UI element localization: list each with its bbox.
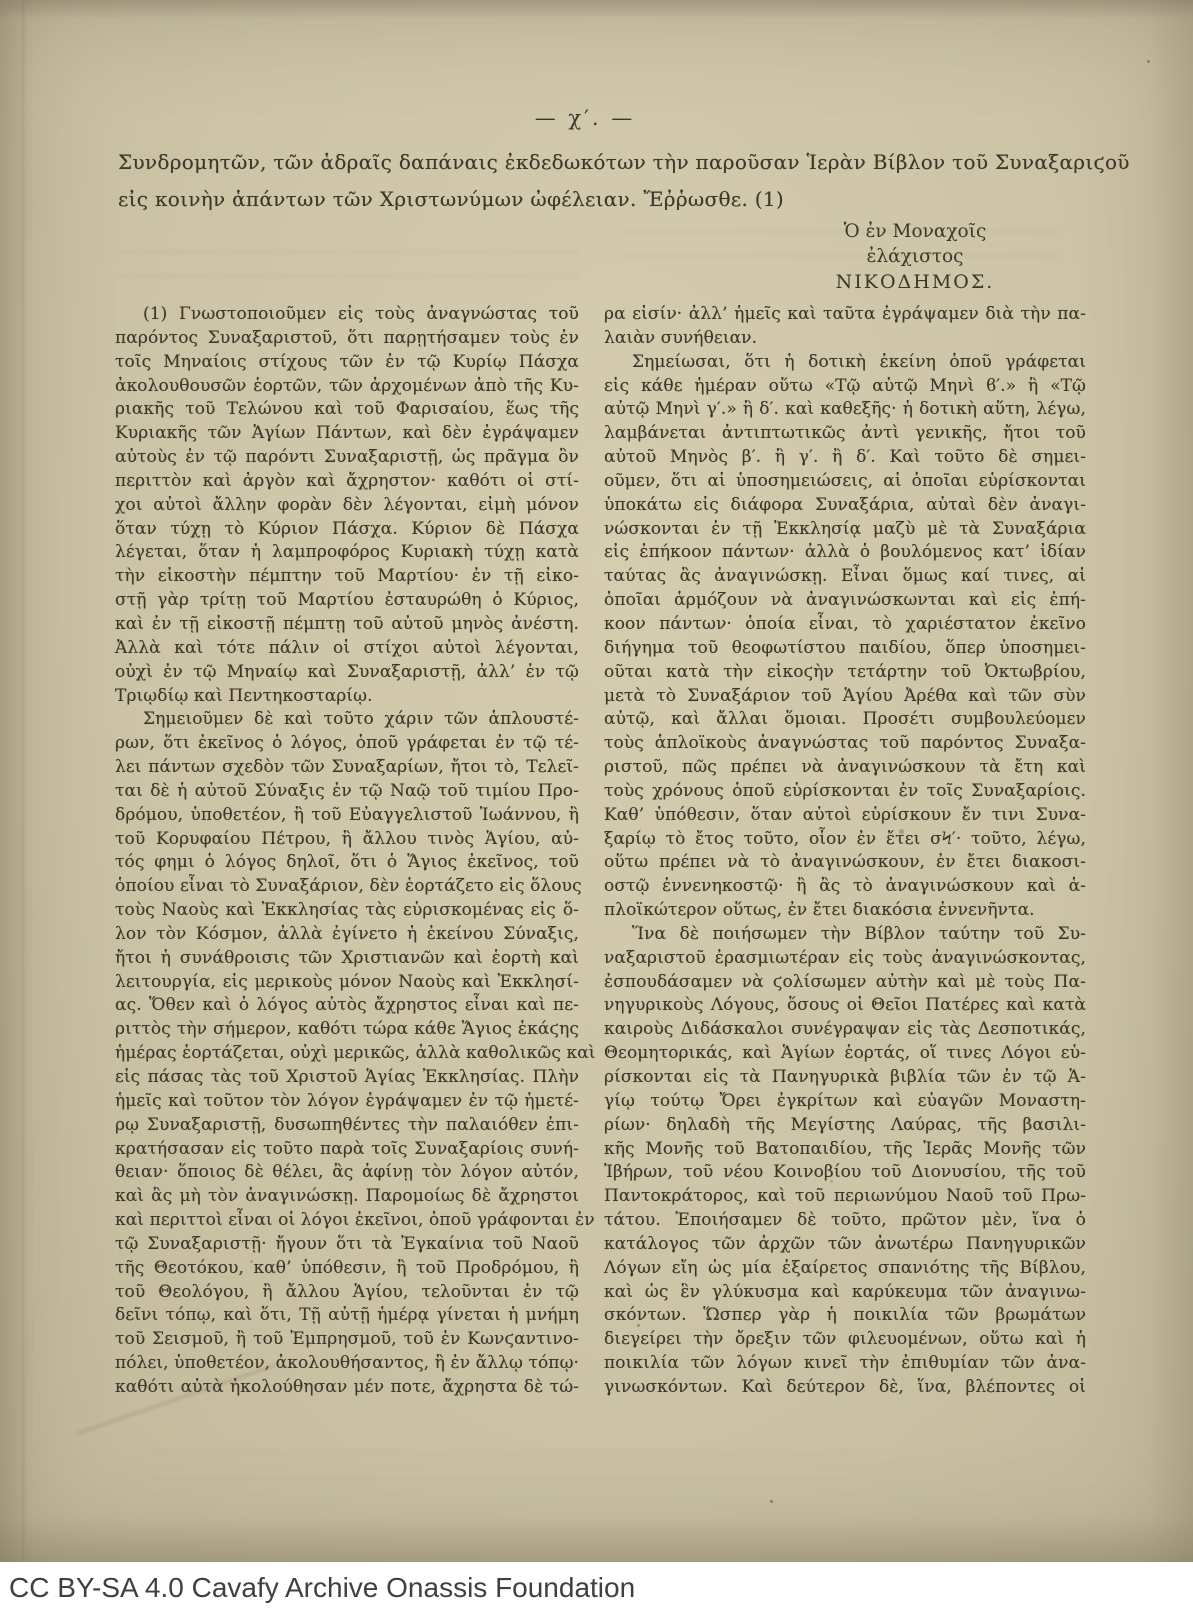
- license-bar: CC BY-SA 4.0 Cavafy Archive Onassis Foun…: [0, 1562, 1193, 1614]
- text-line: τοὺς Ναοὺς καὶ Ἐκκλησίας τὰς εὑρισκομένα…: [115, 899, 579, 923]
- text-line: χοι αὐτοὶ ἄλλην φορὰν δὲν λέγονται, εἰμὴ…: [115, 494, 579, 518]
- text-line: εἰς κάθε ἡμέραν οὕτω «Τῷ αὐτῷ Μηνὶ ϐ′.» …: [604, 375, 1086, 399]
- text-line: Παντοκράτορος, καὶ τοῦ περιωνύμου Ναοῦ τ…: [604, 1185, 1086, 1209]
- text-line: καιροὺς Διδάσκαλοι συνέγραψαν εἰς τὰς Δε…: [604, 1018, 1086, 1042]
- text-line: Συνδρομητῶν, τῶν ἁδραῖς δαπάναις ἐκδεδωκ…: [118, 144, 1068, 181]
- text-line: λον τὸν Κόσμον, ἀλλὰ ἐγίνετο ἡ ἐκείνου Σ…: [115, 923, 579, 947]
- text-line: γίῳ τούτῳ Ὄρει ἐγκρίτων καὶ εὐαγῶν Μονασ…: [604, 1090, 1086, 1114]
- text-line: ται δὲ ἡ αὐτοῦ Σύναξις ἐν τῷ Ναῷ τοῦ τιμ…: [115, 780, 579, 804]
- text-line: οῦμεν, ὅτι αἱ ὑποσημειώσεις, αἱ ὁποῖαι ε…: [604, 470, 1086, 494]
- text-line: πλοϊκώτερον οὕτως, ἐν ἔτει διακόσια ἐννε…: [604, 899, 1086, 923]
- text-line: Σημειοῦμεν δὲ καὶ τοῦτο χάριν τῶν ἁπλουσ…: [115, 708, 579, 732]
- text-line: Θεομητορικάς, καὶ Ἁγίων ἑορτάς, οἵ τινες…: [604, 1042, 1086, 1066]
- text-line: ἀκολουθουσῶν ἑορτῶν, τῶν ἀρχομένων ἀπὸ τ…: [115, 375, 579, 399]
- text-line: ὁποίου εἶναι τὸ Συναξάριον, δὲν ἑορτάζετ…: [115, 875, 579, 899]
- text-line: λειτουργία, εἰς μερικοὺς μόνον Ναοὺς καὶ…: [115, 971, 579, 995]
- text-line: οὕτω πρέπει νὰ τὸ ἀναγινώσκουν, ἐν ἔτει …: [604, 851, 1086, 875]
- text-line: δρόμου, ὑποθετέον, ἢ τοῦ Εὐαγγελιστοῦ Ἰω…: [115, 804, 579, 828]
- text-line: ἤτοι ἡ συνάθροισις τῶν Χριστιανῶν καὶ ἑο…: [115, 947, 579, 971]
- text-line: αὐτῷ Μηνὶ γ′.» ἢ δ′. καὶ καθεξῆς· ἡ δοτι…: [604, 398, 1086, 422]
- text-line: πόλει, ὑποθετέον, ἀκολουθήσαντος, ἢ ἐν ἄ…: [115, 1352, 579, 1376]
- text-line: τοῦ Θεολόγου, ἢ ἄλλου Ἁγίου, τελοῦνται ἐ…: [115, 1281, 579, 1305]
- text-line: λέγεται, ὅταν ἡ λαμπροφόρος Κυριακὴ τύχῃ…: [115, 541, 579, 565]
- text-line: Καθ’ ὑπόθεσιν, ὅταν αὐτοὶ εὑρίσκουν ἔν τ…: [604, 804, 1086, 828]
- text-line: νηγυρικοὺς Λόγους, ὅσους οἱ Θεῖοι Πατέρε…: [604, 994, 1086, 1018]
- text-line: γινωσκόντων. Καὶ δεύτερον δὲ, ἵνα, βλέπο…: [604, 1376, 1086, 1400]
- text-line: δεῖνι τόπῳ, καὶ ὅτι, Τῇ αὐτῇ ἡμέρᾳ γίνετ…: [115, 1304, 579, 1328]
- text-line: καὶ ὡς ἓν γλύκυσμα καὶ καρύκευμα τῶν ἀνα…: [604, 1281, 1086, 1305]
- showthrough-artifact: [150, 1452, 850, 1482]
- text-line: εἰς ἐπήκοον πάντων· ἀλλὰ ὁ βουλόμενος κα…: [604, 541, 1086, 565]
- text-line: Ἀλλὰ καὶ τότε πάλιν οἱ στίχοι αὐτοὶ λέγο…: [115, 637, 579, 661]
- text-line: θειαν· ὅποιος δὲ θέλει, ἂς ἀφίνῃ τὸν λόγ…: [115, 1161, 579, 1185]
- text-line: λαιὰν συνήθειαν.: [604, 327, 1086, 351]
- text-line: ρῳ Συναξαριστῇ, δυσωπηθέντες τὴν παλαιόθ…: [115, 1114, 579, 1138]
- text-line: ας. Ὅθεν καὶ ὁ λόγος αὐτὸς ἄχρηστος εἶνα…: [115, 994, 579, 1018]
- text-line: τάτου. Ἐποιήσαμεν δὲ τοῦτο, πρῶτον μὲν, …: [604, 1209, 1086, 1233]
- text-line: οὐχὶ ἐν τῷ Μηναίῳ καὶ Συναξαριστῇ, ἀλλ’ …: [115, 661, 579, 685]
- text-line: ὅταν τύχῃ τὸ Κύριον Πάσχα. Κύριον δὲ Πάσ…: [115, 518, 579, 542]
- text-line: ριακῆς τοῦ Τελώνου καὶ τοῦ Φαρισαίου, ἕω…: [115, 398, 579, 422]
- text-line: ἡμέρας ἑορτάζεται, οὐχὶ μερικῶς, ἀλλὰ κα…: [115, 1042, 579, 1066]
- text-line: κρατήσασαν εἰς τοῦτο παρὰ τοῖς Συναξαρίο…: [115, 1138, 579, 1162]
- showthrough-artifact: [120, 250, 580, 298]
- text-line: τῷ Συναξαριστῇ· ἤγουν ὅτι τὰ Ἐγκαίνια το…: [115, 1233, 579, 1257]
- text-line: ριστοῦ, πῶς πρέπει νὰ ἀναγινώσκουν τὰ ἔτ…: [604, 756, 1086, 780]
- text-line: ξαρίῳ τὸ ἔτος τοῦτο, οἷον ἐν ἔτει σϞ′· τ…: [604, 828, 1086, 852]
- text-line: ρων, ὅτι ἐκεῖνος ὁ λόγος, ὁποῦ γράφεται …: [115, 732, 579, 756]
- page-number: — χ′. —: [0, 106, 1170, 130]
- text-line: τοῦ Σεισμοῦ, ἢ τοῦ Ἐμπρησμοῦ, τοῦ ἐν Κων…: [115, 1328, 579, 1352]
- text-line: ἐσπουδάσαμεν νὰ ϛολίσωμεν αὐτὴν καὶ μὲ τ…: [604, 971, 1086, 995]
- text-line: εἰς κοινὴν ἁπάντων τῶν Χριστωνύμων ὠφέλε…: [118, 181, 1068, 218]
- text-line: αὐτῷ, καὶ ἄλλαι ὅμοιαι. Προσέτι συμβουλε…: [604, 708, 1086, 732]
- text-line: Σημείωσαι, ὅτι ἡ δοτικὴ ἐκείνη ὁποῦ γράφ…: [604, 351, 1086, 375]
- text-line: ρα εἰσίν· ἀλλ’ ἡμεῖς καὶ ταῦτα ἐγράψαμεν…: [604, 303, 1086, 327]
- intro-paragraph: Συνδρομητῶν, τῶν ἁδραῖς δαπάναις ἐκδεδωκ…: [118, 144, 1068, 217]
- text-line: τοῖς Μηναίοις στίχους τῶν ἐν τῷ Κυρίῳ Πά…: [115, 351, 579, 375]
- text-line: ρίων· δηλαδὴ τῆς Μεγίστης Λαύρας, τῆς βα…: [604, 1114, 1086, 1138]
- text-line: τοῦ Κορυφαίου Πέτρου, ἢ ἄλλου τινὸς Ἁγίο…: [115, 828, 579, 852]
- text-line: Ἰβήρων, τοῦ νέου Κοινοβίου τοῦ Διονυσίου…: [604, 1161, 1086, 1185]
- signature-block: Ὁ ἐν Μοναχοῖς ἐλάχιστος ΝΙΚΟΔΗΜΟΣ.: [806, 219, 1024, 295]
- text-line: διήγημα τοῦ θεοφωτίστου παιδίου, ὅπερ ὑπ…: [604, 637, 1086, 661]
- text-line: στῇ γὰρ τρίτῃ τοῦ Μαρτίου ἐσταυρώθη ὁ Κύ…: [115, 589, 579, 613]
- footnote-column-left: (1) Γνωστοποιοῦμεν εἰς τοὺς ἀναγνώστας τ…: [115, 303, 579, 1400]
- text-line: κῆς Μονῆς τοῦ Βατοπαιδίου, τῆς Ἱερᾶς Μον…: [604, 1138, 1086, 1162]
- text-line: οστῷ ἐννενηκοστῷ· ἢ ἂς τὸ ἀναγινώσκουν κ…: [604, 875, 1086, 899]
- text-line: εἰς πάσας τὰς τοῦ Χριστοῦ Ἁγίας Ἐκκλησία…: [115, 1066, 579, 1090]
- text-line: Κυριακῆς τῶν Ἁγίων Πάντων, καὶ δὲν ἐγράψ…: [115, 422, 579, 446]
- text-line: τῆς Θεοτόκου, καθ’ ὑπόθεσιν, ἢ τοῦ Προδρ…: [115, 1257, 579, 1281]
- text-line: ναξαριστοῦ ἐρασμιωτέραν εἰς τοὺς ἀναγινώ…: [604, 947, 1086, 971]
- text-line: καὶ περιττοὶ εἶναι οἱ λόγοι ἐκεῖνοι, ὁπο…: [115, 1209, 579, 1233]
- text-line: καὶ ἂς μὴ τὸν ἀναγινώσκῃ. Παρομοίως δὲ ἄ…: [115, 1185, 579, 1209]
- text-line: αὐτοὺς ἐν τῷ παρόντι Συναξαριστῇ, ὡς πρᾶ…: [115, 446, 579, 470]
- text-line: καὶ ἐν τῇ εἰκοστῇ πέμπτῃ τοῦ αὐτοῦ μηνὸς…: [115, 613, 579, 637]
- text-line: μετὰ τὸ Συναξάριον τοῦ Ἁγίου Ἀρέθα καὶ τ…: [604, 685, 1086, 709]
- text-line: περιττὸν καὶ ἀργὸν καὶ ἄχρηστον· καθότι …: [115, 470, 579, 494]
- paper-specks: [770, 1500, 773, 1503]
- text-line: Ἵνα δὲ ποιήσωμεν τὴν Βίβλον ταύτην τοῦ Σ…: [604, 923, 1086, 947]
- text-line: τὴν εἰκοστὴν πέμπτην τοῦ Μαρτίου· ἐν τῇ …: [115, 565, 579, 589]
- text-line: ὁποῖαι ἁρμόζουν νὰ ἀναγινώσκωνται καὶ εἰ…: [604, 589, 1086, 613]
- footnote-column-right: ρα εἰσίν· ἀλλ’ ἡμεῖς καὶ ταῦτα ἐγράψαμεν…: [604, 303, 1086, 1400]
- text-line: ρίσκονται εἰς τὰ Πανηγυρικὰ βιβλία τῶν ἐ…: [604, 1066, 1086, 1090]
- text-line: διεγείρει τὴν ὄρεξιν τῶν φιλευομένων, οὕ…: [604, 1328, 1086, 1352]
- text-line: κατάλογος τῶν ἀρχῶν τῶν ἀνωτέρω Πανηγυρι…: [604, 1233, 1086, 1257]
- text-line: ριττὸς τὴν σήμερον, καθότι τώρα κάθε Ἅγι…: [115, 1018, 579, 1042]
- text-line: νώσκονται ἐν τῇ Ἐκκλησίᾳ μαζὺ μὲ τὰ Συνα…: [604, 518, 1086, 542]
- text-line: οῦται κατὰ τὴν εἰκοϛὴν τετάρτην τοῦ Ὀκτω…: [604, 661, 1086, 685]
- text-line: σκόντων. Ὥσπερ γὰρ ἡ ποικιλία τῶν βρωμάτ…: [604, 1304, 1086, 1328]
- text-line: ποικιλία τῶν λόγων κινεῖ τὴν ἐπιθυμίαν τ…: [604, 1352, 1086, 1376]
- text-line: (1) Γνωστοποιοῦμεν εἰς τοὺς ἀναγνώστας τ…: [115, 303, 579, 327]
- paper-crease: [22, 0, 24, 1562]
- signature-name: ΝΙΚΟΔΗΜΟΣ.: [806, 270, 1024, 295]
- text-line: κοον πάντων· ὁποία εἶναι, τὸ χαριέστατον…: [604, 613, 1086, 637]
- text-line: παρόντος Συναξαριστοῦ, ὅτι παρῃτήσαμεν τ…: [115, 327, 579, 351]
- signature-role: Ὁ ἐν Μοναχοῖς ἐλάχιστος: [806, 219, 1024, 269]
- text-line: τοὺς ἁπλοϊκοὺς ἀναγνώστας τοῦ παρόντος Σ…: [604, 732, 1086, 756]
- text-line: ὑποκάτω εἰς διάφορα Συναξάρια, αὑταὶ δὲν…: [604, 494, 1086, 518]
- text-line: τοὺς χρόνους ὁποῦ εὑρίσκονται ἐν τοῖς Συ…: [604, 780, 1086, 804]
- text-line: τός φημι ὁ λόγος δηλοῖ, ὅτι ὁ Ἅγιος ἐκεῖ…: [115, 851, 579, 875]
- text-line: ἡμεῖς καὶ τοῦτον τὸν λόγον ἐγράψαμεν ἐν …: [115, 1090, 579, 1114]
- paper-background: — χ′. — Συνδρομητῶν, τῶν ἁδραῖς δαπάναις…: [0, 0, 1193, 1562]
- text-line: αὐτοῦ Μηνὸς β′. ἢ γ′. ἢ δ′. Καὶ τοῦτο δὲ…: [604, 446, 1086, 470]
- text-line: Λόγων εἴη ὡς μία ἐξαίρετος σπανιότης τῆς…: [604, 1257, 1086, 1281]
- license-text: CC BY-SA 4.0 Cavafy Archive Onassis Foun…: [9, 1572, 635, 1604]
- text-line: λαμβάνεται ἀντιπτωτικῶς ἀντὶ γενικῆς, ἤτ…: [604, 422, 1086, 446]
- text-line: ταύτας ἂς ἀναγινώσκῃ. Εἶναι ὅμως καί τιν…: [604, 565, 1086, 589]
- text-line: Τριῳδίῳ καὶ Πεντηκοσταρίῳ.: [115, 685, 579, 709]
- scanned-page-image: — χ′. — Συνδρομητῶν, τῶν ἁδραῖς δαπάναις…: [0, 0, 1193, 1614]
- text-line: λει πάντων σχεδὸν τῶν Συναξαρίων, ἤτοι τ…: [115, 756, 579, 780]
